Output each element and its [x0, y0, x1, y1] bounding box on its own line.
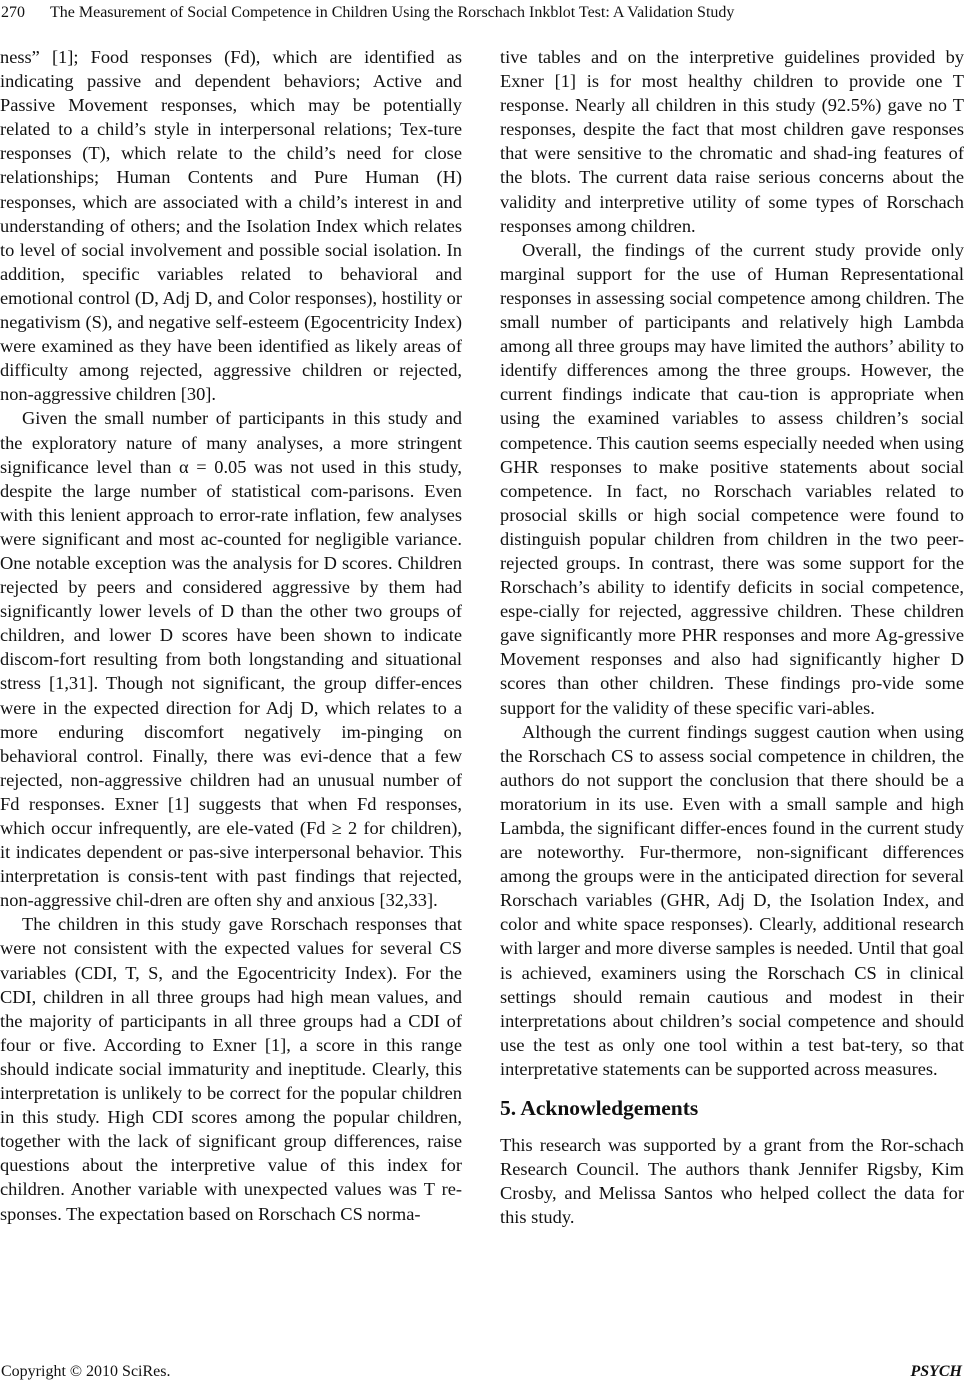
body-paragraph: tive tables and on the interpretive guid…: [500, 45, 964, 238]
running-header: 270 The Measurement of Social Competence…: [0, 2, 968, 26]
body-paragraph: The children in this study gave Rorschac…: [0, 912, 462, 1225]
body-paragraph: Although the current findings suggest ca…: [500, 720, 964, 1081]
right-column: tive tables and on the interpretive guid…: [500, 45, 964, 1229]
section-heading-acknowledgements: 5. Acknowledgements: [500, 1095, 964, 1121]
body-paragraph: Given the small number of participants i…: [0, 406, 462, 912]
journal-name: PSYCH: [910, 1362, 962, 1382]
acknowledgements-paragraph: This research was supported by a grant f…: [500, 1133, 964, 1229]
page-number: 270: [1, 2, 25, 24]
page-footer: Copyright © 2010 SciRes. PSYCH: [0, 1362, 968, 1384]
copyright-notice: Copyright © 2010 SciRes.: [1, 1362, 171, 1382]
body-paragraph: Overall, the findings of the current stu…: [500, 238, 964, 720]
running-title: The Measurement of Social Competence in …: [50, 2, 734, 24]
body-paragraph: ness” [1]; Food responses (Fd), which ar…: [0, 45, 462, 406]
left-column: ness” [1]; Food responses (Fd), which ar…: [0, 45, 462, 1226]
